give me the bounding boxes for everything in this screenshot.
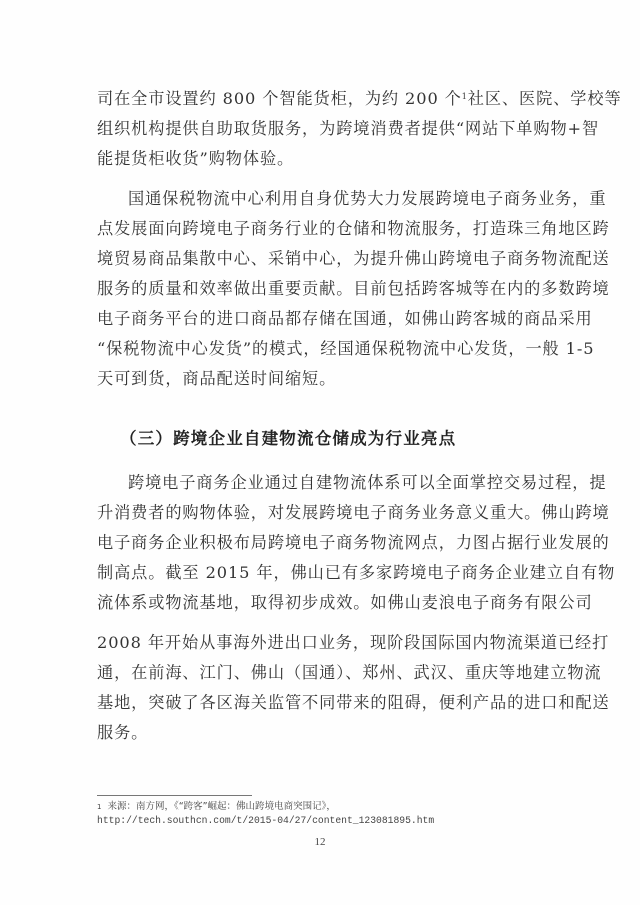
paragraph-3-line-9: 服务。 (97, 718, 543, 748)
footnote-url[interactable]: http://tech.southcn.com/t/2015-04/27/con… (97, 814, 434, 828)
paragraph-2-line-3: 境贸易商品集散中心、采销中心，为提升佛山跨境电子商务物流配送 (97, 244, 543, 274)
paragraph-3-line-5: 流体系或物流基地，取得初步成效。如佛山麦浪电子商务有限公司 (97, 588, 543, 618)
paragraph-3-line-4: 制高点。截至 2015 年，佛山已有多家跨境电子商务企业建立自有物 (97, 558, 543, 588)
paragraph-2-line-2: 点发展面向跨境电子商务行业的仓储和物流服务，打造珠三角地区跨 (97, 214, 543, 244)
paragraph-2-line-7: 天可到货，商品配送时间缩短。 (97, 364, 543, 394)
paragraph-2-line-1: 国通保税物流中心利用自身优势大力发展跨境电子商务业务，重 (128, 184, 543, 214)
footnote-divider (97, 795, 252, 796)
paragraph-1-line-1: 司在全市设置约 800 个智能货柜，为约 200 个1社区、医院、学校等 (97, 84, 543, 114)
footnote-mark: 1 (97, 803, 101, 811)
paragraph-1-line-2: 组织机构提供自助取货服务，为跨境消费者提供“网站下单购物+智 (97, 114, 543, 144)
paragraph-2-line-4: 服务的质量和效率做出重要贡献。目前包括跨客城等在内的多数跨境 (97, 274, 543, 304)
section-heading: （三）跨境企业自建物流仓储成为行业亮点 (120, 424, 456, 454)
text-span: 社区、医院、学校等 (468, 89, 622, 108)
footnote-reference[interactable]: 1 (462, 92, 468, 101)
paragraph-3-line-2: 升消费者的购物体验，对发展跨境电子商务业务意义重大。佛山跨境 (97, 498, 543, 528)
paragraph-3-line-8: 基地，突破了各区海关监管不同带来的阻碍，便利产品的进口和配送 (97, 688, 543, 718)
paragraph-3-line-1: 跨境电子商务企业通过自建物流体系可以全面掌控交易过程，提 (128, 468, 543, 498)
paragraph-3-line-3: 电子商务企业积极布局跨境电子商务物流网点，力图占据行业发展的 (97, 528, 543, 558)
document-page: 司在全市设置约 800 个智能货柜，为约 200 个1社区、医院、学校等 组织机… (0, 0, 640, 905)
footnote-source-text: 来源：南方网，《“跨客”崛起：佛山跨境电商突围记》， (107, 801, 335, 812)
paragraph-2-line-5: 电子商务平台的进口商品都存储在国通，如佛山跨客城的商品采用 (97, 304, 543, 334)
footnote-source: 1来源：南方网，《“跨客”崛起：佛山跨境电商突围记》， (97, 800, 336, 814)
paragraph-3-line-6: 2008 年开始从事海外进出口业务，现阶段国际国内物流渠道已经打 (97, 628, 543, 658)
page-number: 12 (0, 836, 640, 848)
paragraph-2-line-6: “保税物流中心发货”的模式，经国通保税物流中心发货，一般 1-5 (97, 334, 543, 364)
paragraph-3-line-7: 通，在前海、江门、佛山（国通）、郑州、武汉、重庆等地建立物流 (97, 658, 543, 688)
text-span: 司在全市设置约 800 个智能货柜，为约 200 个 (97, 89, 462, 108)
paragraph-1-line-3: 能提货柜收货”购物体验。 (97, 144, 543, 174)
